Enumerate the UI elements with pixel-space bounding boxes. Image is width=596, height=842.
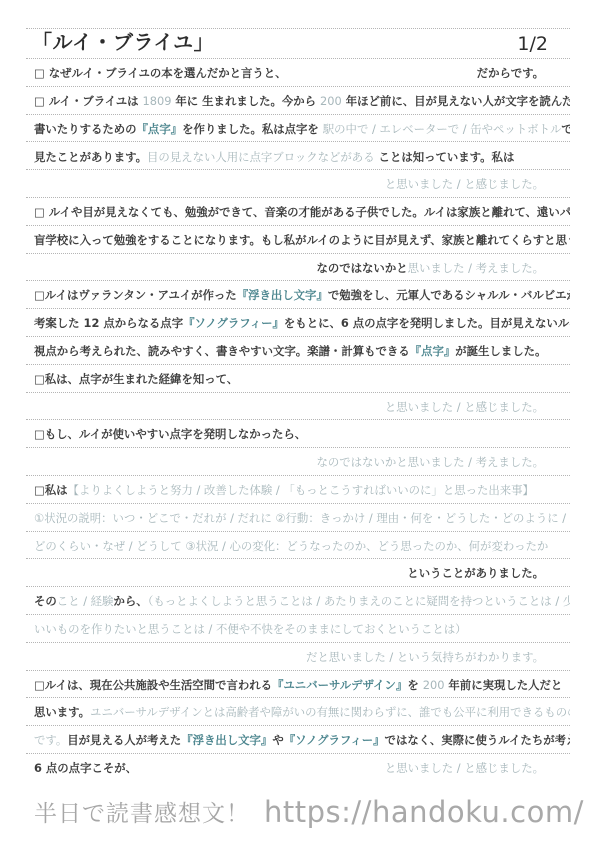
text-segment: だからです。 bbox=[477, 66, 544, 80]
line-left-text: □ ルイや目が見えなくても、勉強ができて、音楽の才能がある子供でした。ルイは家族… bbox=[34, 206, 570, 220]
text-segment: 1809 bbox=[142, 94, 171, 108]
text-segment: その bbox=[34, 594, 57, 608]
text-segment: どのくらい・なぜ / どうして ③状況 / 心の変化：どうなったのか、どう思った… bbox=[34, 539, 548, 553]
document-line: 視点から考えられた、読みやすく、書きやすい文字。楽譜・計算もできる『点字』が誕生… bbox=[26, 337, 570, 365]
document-line: ①状況の説明：いつ・どこで・だれが / だれに ②行動：きっかけ / 理由・何を… bbox=[26, 504, 570, 532]
document-line: と思いました / と感じました。 bbox=[26, 170, 570, 198]
footer-url: https://handoku.com/ bbox=[264, 795, 584, 829]
document-line: 思います。ユニバーサルデザインとは高齢者や障がいの有無に関わらずに、誰でも公平に… bbox=[26, 698, 570, 726]
text-segment: なのではないかと思いました / 考えました。 bbox=[316, 455, 544, 469]
text-segment: なのではないかと bbox=[316, 261, 407, 275]
text-segment: ①状況の説明：いつ・どこで・だれが / だれに ②行動：きっかけ / 理由・何を… bbox=[34, 511, 566, 525]
text-segment: 『ユニバーサルデザイン』 bbox=[272, 678, 407, 692]
text-segment: を bbox=[407, 678, 422, 692]
text-segment: ユニバーサルデザインとは高齢者や障がいの有無に関わらずに、誰でも公平に利用できる… bbox=[90, 705, 570, 719]
document-line: □私は、点字が生まれた経緯を知って、 bbox=[26, 365, 570, 393]
text-segment: をもとに、6 点の点字を発明しました。目が見えないルイの bbox=[284, 316, 570, 330]
text-segment: と思いました / と感じました。 bbox=[385, 761, 544, 775]
document-line: どのくらい・なぜ / どうして ③状況 / 心の変化：どうなったのか、どう思った… bbox=[26, 532, 570, 560]
page-title: 「ルイ・ブライユ」 bbox=[32, 26, 214, 55]
document-sheet: 「ルイ・ブライユ」 1/2 □ なぜルイ・ブライユの本を選んだかと言うと、だから… bbox=[26, 28, 570, 782]
text-segment: から、 bbox=[113, 594, 147, 608]
line-right-text: なのではないかと思いました / 考えました。 bbox=[316, 262, 544, 276]
text-segment: と思いました / と感じました。 bbox=[385, 400, 544, 414]
text-segment: ということがありました。 bbox=[407, 566, 544, 580]
line-left-text: どのくらい・なぜ / どうして ③状況 / 心の変化：どうなったのか、どう思った… bbox=[34, 540, 548, 554]
footer-site-name: 半日で読書感想文！ bbox=[34, 795, 250, 828]
line-left-text: 6 点の点字こそが、 bbox=[34, 762, 137, 776]
worksheet-page: 「ルイ・ブライユ」 1/2 □ なぜルイ・ブライユの本を選んだかと言うと、だから… bbox=[0, 0, 596, 842]
text-segment: □ ルイや目が見えなくても、勉強ができて、音楽の才能がある子供でした。ルイは家族… bbox=[34, 205, 570, 219]
text-segment: ではなく、実際に使うルイたちが考えた bbox=[385, 733, 570, 747]
text-segment: 年前に実現した人だと bbox=[444, 678, 562, 692]
text-segment: □ ルイ・ブライユは bbox=[34, 94, 142, 108]
line-left-text: 見たことがあります。目の見えない人用に点字ブロックなどがある ことは知っています… bbox=[34, 151, 514, 165]
text-segment: 目の見えない人用に点字ブロックなどがある bbox=[147, 150, 375, 164]
line-left-text: 思います。ユニバーサルデザインとは高齢者や障がいの有無に関わらずに、誰でも公平に… bbox=[34, 706, 570, 720]
text-segment: が誕生しました。 bbox=[455, 344, 546, 358]
page-indicator: 1/2 bbox=[517, 33, 548, 55]
text-segment: 200 bbox=[320, 94, 342, 108]
document-line: そのこと / 経験から、（もっとよくしようと思うことは / あたりまえのことに疑… bbox=[26, 587, 570, 615]
text-segment: を作りました。私は点字を bbox=[182, 122, 323, 136]
line-right-text: と思いました / と感じました。 bbox=[385, 762, 544, 776]
text-segment: 『ソノグラフィー』 bbox=[284, 733, 385, 747]
line-left-text: ①状況の説明：いつ・どこで・だれが / だれに ②行動：きっかけ / 理由・何を… bbox=[34, 512, 566, 526]
line-left-text: □私は、点字が生まれた経緯を知って、 bbox=[34, 373, 238, 387]
line-left-text: 書いたりするための『点字』を作りました。私は点字を 駅の中で / エレベーターで… bbox=[34, 123, 570, 137]
document-line: □もし、ルイが使いやすい点字を発明しなかったら、 bbox=[26, 420, 570, 448]
text-segment: （もっとよくしようと思うことは / あたりまえのことに疑問を持つということは /… bbox=[148, 594, 570, 608]
document-line: 盲学校に入って勉強をすることになります。もし私がルイのように目が見えず、家族と離… bbox=[26, 226, 570, 254]
document-line: だと思いました / という気持ちがわかります。 bbox=[26, 643, 570, 671]
document-line: いいものを作りたいと思うことは / 不便や不快をそのままにしておくということは） bbox=[26, 615, 570, 643]
document-line: □ルイはヴァランタン・アユイが作った『浮き出し文字』で勉強をし、元軍人であるシャ… bbox=[26, 281, 570, 309]
text-segment: 6 点の点字こそが、 bbox=[34, 761, 137, 775]
text-segment: 『点字』 bbox=[410, 344, 456, 358]
text-segment: 年に 生まれました。今から bbox=[171, 94, 320, 108]
footer: 半日で読書感想文！ https://handoku.com/ bbox=[0, 781, 596, 842]
document-line: □ なぜルイ・ブライユの本を選んだかと言うと、だからです。 bbox=[26, 59, 570, 87]
text-segment: だと思いました / という気持ちがわかります。 bbox=[306, 650, 544, 664]
text-segment: です。 bbox=[34, 733, 67, 747]
line-left-text: 盲学校に入って勉強をすることになります。もし私がルイのように目が見えず、家族と離… bbox=[34, 234, 570, 248]
title-row: 「ルイ・ブライユ」 1/2 bbox=[26, 29, 570, 59]
line-left-text: □もし、ルイが使いやすい点字を発明しなかったら、 bbox=[34, 428, 306, 442]
line-right-text: だからです。 bbox=[477, 67, 544, 81]
line-right-text: と思いました / と感じました。 bbox=[385, 178, 544, 192]
line-left-text: です。目が見える人が考えた『浮き出し文字』や『ソノグラフィー』ではなく、実際に使… bbox=[34, 734, 570, 748]
text-segment: 『浮き出し文字』 bbox=[237, 288, 328, 302]
line-left-text: 考案した 12 点からなる点字『ソノグラフィー』をもとに、6 点の点字を発明しま… bbox=[34, 317, 570, 331]
document-line: と思いました / と感じました。 bbox=[26, 393, 570, 421]
text-segment: 駅の中で / エレベーターで / 缶やペットボトル bbox=[323, 122, 562, 136]
document-line: □私は【よりよくしようと努力 / 改善した体験 / 「もっとこうすればいいのに」… bbox=[26, 476, 570, 504]
text-segment: いいものを作りたいと思うことは / 不便や不快をそのままにしておくということは） bbox=[34, 622, 467, 636]
document-line: なのではないかと思いました / 考えました。 bbox=[26, 448, 570, 476]
line-left-text: □ルイはヴァランタン・アユイが作った『浮き出し文字』で勉強をし、元軍人であるシャ… bbox=[34, 289, 570, 303]
line-left-text: そのこと / 経験から、（もっとよくしようと思うことは / あたりまえのことに疑… bbox=[34, 595, 570, 609]
text-segment: 思いました / 考えました。 bbox=[408, 261, 544, 275]
text-segment: □もし、ルイが使いやすい点字を発明しなかったら、 bbox=[34, 427, 306, 441]
line-left-text: □ なぜルイ・ブライユの本を選んだかと言うと、 bbox=[34, 67, 287, 81]
document-line: です。目が見える人が考えた『浮き出し文字』や『ソノグラフィー』ではなく、実際に使… bbox=[26, 726, 570, 754]
text-segment: で勉強をし、元軍人であるシャルル・バルビエが bbox=[328, 288, 570, 302]
line-left-text: 視点から考えられた、読みやすく、書きやすい文字。楽譜・計算もできる『点字』が誕生… bbox=[34, 345, 546, 359]
text-segment: 思います。 bbox=[34, 705, 90, 719]
document-line: ということがありました。 bbox=[26, 559, 570, 587]
text-segment: や bbox=[272, 733, 283, 747]
text-segment: □私は、点字が生まれた経緯を知って、 bbox=[34, 372, 238, 386]
text-segment: □ルイはヴァランタン・アユイが作った bbox=[34, 288, 237, 302]
text-segment: 視点から考えられた、読みやすく、書きやすい文字。楽譜・計算もできる bbox=[34, 344, 410, 358]
text-segment: 目が見える人が考えた bbox=[67, 733, 181, 747]
text-segment: 『点字』 bbox=[137, 122, 183, 136]
text-segment: 年ほど前に、目が見えない人が文字を読んだり、 bbox=[342, 94, 570, 108]
document-line: 書いたりするための『点字』を作りました。私は点字を 駅の中で / エレベーターで… bbox=[26, 115, 570, 143]
text-segment: 盲学校に入って勉強をすることになります。もし私がルイのように目が見えず、家族と離… bbox=[34, 233, 570, 247]
text-segment: 『ソノグラフィー』 bbox=[183, 316, 284, 330]
text-segment: 見たことがあります。 bbox=[34, 150, 147, 164]
text-segment: □ なぜルイ・ブライユの本を選んだかと言うと、 bbox=[34, 66, 287, 80]
text-segment: こと / 経験 bbox=[57, 594, 114, 608]
document-line: なのではないかと思いました / 考えました。 bbox=[26, 254, 570, 282]
text-segment: 考案した 12 点からなる点字 bbox=[34, 316, 183, 330]
text-segment: □ルイは、現在公共施設や生活空間で言われる bbox=[34, 678, 272, 692]
line-left-text: いいものを作りたいと思うことは / 不便や不快をそのままにしておくということは） bbox=[34, 623, 467, 637]
text-segment: □私は bbox=[34, 483, 68, 497]
line-right-text: だと思いました / という気持ちがわかります。 bbox=[306, 651, 544, 665]
text-segment: ことは知っています。私は bbox=[375, 150, 515, 164]
text-segment: 200 bbox=[423, 678, 445, 692]
text-segment: 『浮き出し文字』 bbox=[181, 733, 272, 747]
text-segment: と思いました / と感じました。 bbox=[385, 177, 544, 191]
text-segment: 【よりよくしようと努力 / 改善した体験 / 「もっとこうすればいいのに」と思っ… bbox=[68, 483, 534, 497]
document-line: 考案した 12 点からなる点字『ソノグラフィー』をもとに、6 点の点字を発明しま… bbox=[26, 309, 570, 337]
text-segment: で bbox=[561, 122, 570, 136]
document-line: 6 点の点字こそが、と思いました / と感じました。 bbox=[26, 754, 570, 782]
line-left-text: □私は【よりよくしようと努力 / 改善した体験 / 「もっとこうすればいいのに」… bbox=[34, 484, 534, 498]
line-right-text: なのではないかと思いました / 考えました。 bbox=[316, 456, 544, 470]
document-line: □ ルイ・ブライユは 1809 年に 生まれました。今から 200 年ほど前に、… bbox=[26, 87, 570, 115]
line-right-text: と思いました / と感じました。 bbox=[385, 401, 544, 415]
line-right-text: ということがありました。 bbox=[407, 567, 544, 581]
line-left-text: □ルイは、現在公共施設や生活空間で言われる『ユニバーサルデザイン』を 200 年… bbox=[34, 679, 562, 693]
line-left-text: □ ルイ・ブライユは 1809 年に 生まれました。今から 200 年ほど前に、… bbox=[34, 95, 570, 109]
document-lines: □ なぜルイ・ブライユの本を選んだかと言うと、だからです。□ ルイ・ブライユは … bbox=[26, 59, 570, 782]
document-line: 見たことがあります。目の見えない人用に点字ブロックなどがある ことは知っています… bbox=[26, 142, 570, 170]
document-line: □ルイは、現在公共施設や生活空間で言われる『ユニバーサルデザイン』を 200 年… bbox=[26, 671, 570, 699]
text-segment: 書いたりするための bbox=[34, 122, 137, 136]
document-line: □ ルイや目が見えなくても、勉強ができて、音楽の才能がある子供でした。ルイは家族… bbox=[26, 198, 570, 226]
